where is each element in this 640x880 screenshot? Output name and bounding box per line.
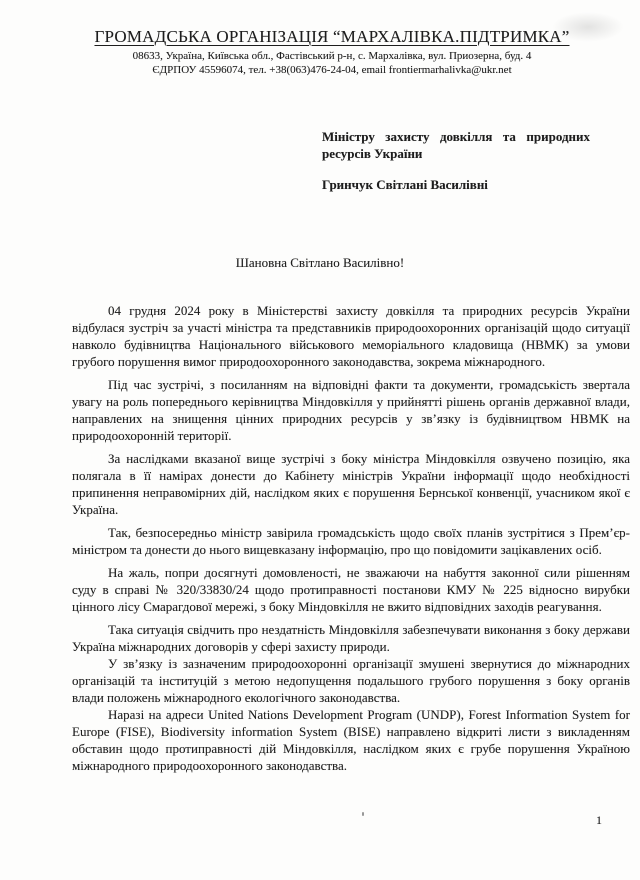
paragraph-4: Так, безпосередньо міністр завірила гром…: [72, 524, 630, 558]
scan-dot-artifact: [362, 812, 364, 816]
organization-contact: ЄДРПОУ 45596074, тел. +38(063)476-24-04,…: [70, 64, 594, 78]
letter-body: 04 грудня 2024 року в Міністерстві захис…: [72, 302, 630, 774]
paragraph-1: 04 грудня 2024 року в Міністерстві захис…: [72, 302, 630, 370]
letter-content: Міністру захисту довкілля та природних р…: [72, 129, 630, 774]
recipient-block: Міністру захисту довкілля та природних р…: [322, 129, 590, 194]
paragraph-2: Під час зустрічі, з посиланням на відпов…: [72, 376, 630, 444]
paragraph-6: Така ситуація свідчить про нездатність М…: [72, 621, 630, 655]
paragraph-5: На жаль, попри досягнуті домовленості, н…: [72, 564, 630, 615]
organization-name: ГРОМАДСЬКА ОРГАНІЗАЦІЯ “МАРХАЛІВКА.ПІДТР…: [70, 27, 594, 47]
organization-name-text: ГРОМАДСЬКА ОРГАНІЗАЦІЯ “МАРХАЛІВКА.ПІДТР…: [94, 27, 569, 46]
salutation: Шановна Світлано Василівно!: [0, 254, 640, 271]
scanned-letter-page: ГРОМАДСЬКА ОРГАНІЗАЦІЯ “МАРХАЛІВКА.ПІДТР…: [0, 0, 640, 880]
letterhead: ГРОМАДСЬКА ОРГАНІЗАЦІЯ “МАРХАЛІВКА.ПІДТР…: [70, 0, 594, 77]
recipient-name: Гринчук Світлані Василівні: [322, 177, 590, 194]
recipient-title: Міністру захисту довкілля та природних р…: [322, 129, 590, 162]
page-number: 1: [596, 813, 602, 828]
paragraph-7: У зв’язку із зазначеним природоохоронні …: [72, 655, 630, 706]
organization-address: 08633, Україна, Київська обл., Фастівськ…: [70, 50, 594, 64]
paragraph-8: Наразі на адреси United Nations Developm…: [72, 706, 630, 774]
paragraph-3: За наслідками вказаної вище зустрічі з б…: [72, 450, 630, 518]
